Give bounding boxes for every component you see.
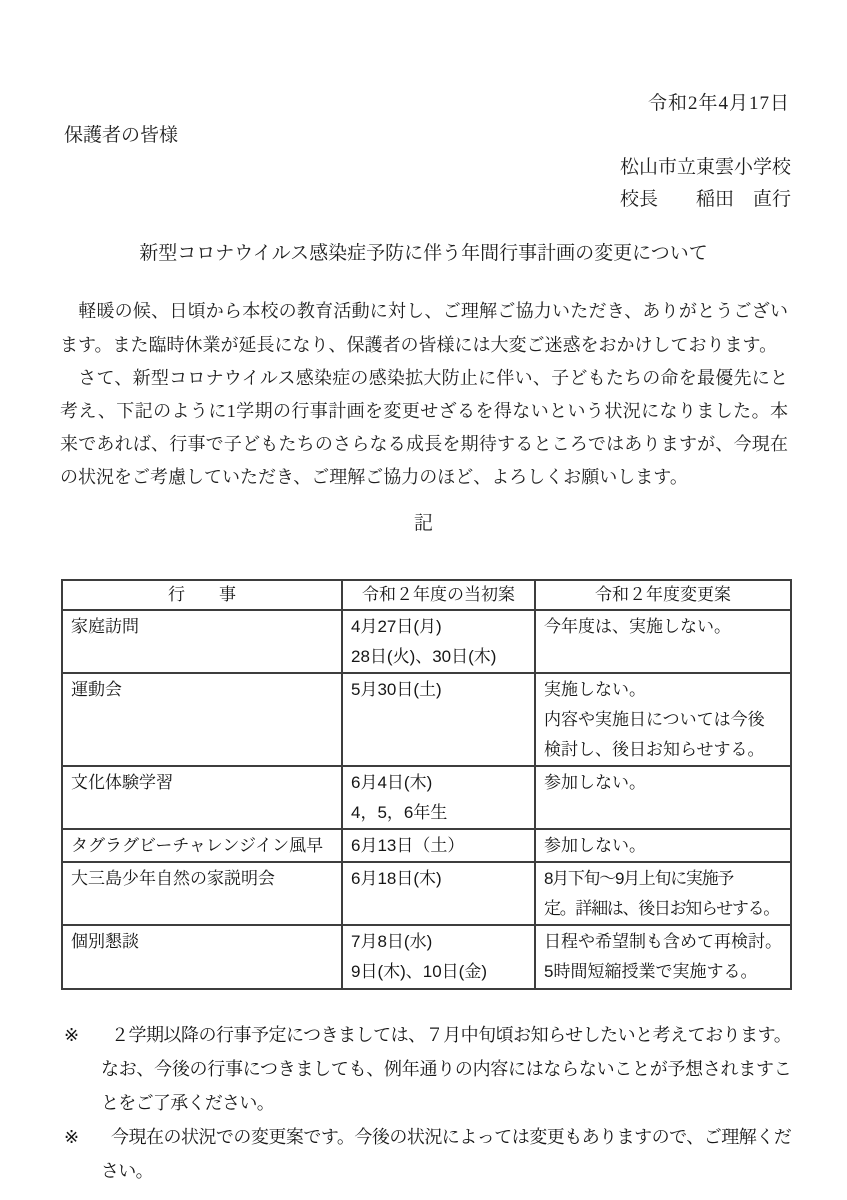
- table-row: 個別懇談 7月8日(水) 9日(木)、10日(金) 日程や希望制も含めて再検討。…: [62, 925, 791, 989]
- original-plan-cell: 6月4日(木) 4，5，6年生: [342, 766, 535, 829]
- original-plan-cell: 7月8日(水) 9日(木)、10日(金): [342, 925, 535, 989]
- event-cell: 大三島少年自然の家説明会: [62, 862, 342, 925]
- revised-plan-cell: 参加しない。: [535, 766, 791, 829]
- document-page: 令和2年4月17日 保護者の皆様 松山市立東雲小学校 校長 稲田 直行 新型コロ…: [0, 0, 847, 1200]
- event-cell: 個別懇談: [62, 925, 342, 989]
- event-cell: 家庭訪問: [62, 610, 342, 673]
- footnote-text: 今現在の状況での変更案です。今後の状況によっては変更もありますので、ご理解くださ…: [101, 1120, 791, 1188]
- principal-name: 校長 稲田 直行: [620, 184, 791, 211]
- original-plan-cell: 5月30日(土): [342, 673, 535, 766]
- letter-date: 令和2年4月17日: [648, 88, 790, 115]
- table-row: 運動会 5月30日(土) 実施しない。 内容や実施日については今後 検討し、後日…: [62, 673, 791, 766]
- table-header-row: 行 事 令和２年度の当初案 令和２年度変更案: [62, 580, 791, 610]
- note-asterisk-marker: ※: [64, 1018, 79, 1052]
- table-row: 文化体験学習 6月4日(木) 4，5，6年生 参加しない。: [62, 766, 791, 829]
- original-plan-cell: 4月27日(月) 28日(火)、30日(木): [342, 610, 535, 673]
- document-title: 新型コロナウイルス感染症予防に伴う年間行事計画の変更について: [0, 238, 847, 265]
- greeting-paragraph: 軽暖の候、日頃から本校の教育活動に対し、ご理解ご協力いただき、ありがとうございま…: [60, 294, 788, 362]
- record-marker: 記: [0, 508, 847, 535]
- footnote-text: ２学期以降の行事予定につきましては、７月中旬頃お知らせしたいと考えております。な…: [101, 1018, 791, 1120]
- event-cell: 運動会: [62, 673, 342, 766]
- revised-plan-cell: 今年度は、実施しない。: [535, 610, 791, 673]
- revised-plan-cell: 日程や希望制も含めて再検討。 5時間短縮授業で実施する。: [535, 925, 791, 989]
- event-cell: 文化体験学習: [62, 766, 342, 829]
- table-row: タグラグビーチャレンジイン風早 6月13日（土） 参加しない。: [62, 829, 791, 862]
- footnote: ※ ２学期以降の行事予定につきましては、７月中旬頃お知らせしたいと考えております…: [64, 1018, 791, 1120]
- original-plan-cell: 6月18日(木): [342, 862, 535, 925]
- event-cell: タグラグビーチャレンジイン風早: [62, 829, 342, 862]
- table-row: 大三島少年自然の家説明会 6月18日(木) 8月下旬～9月上旬に実施予 定。詳細…: [62, 862, 791, 925]
- main-paragraph: さて、新型コロナウイルス感染症の感染拡大防止に伴い、子どもたちの命を最優先にと考…: [60, 362, 788, 494]
- header-original-plan: 令和２年度の当初案: [342, 580, 535, 610]
- footnotes: ※ ２学期以降の行事予定につきましては、７月中旬頃お知らせしたいと考えております…: [64, 1018, 791, 1188]
- schedule-table: 行 事 令和２年度の当初案 令和２年度変更案 家庭訪問 4月27日(月) 28日…: [61, 579, 792, 990]
- footnote: ※ 今現在の状況での変更案です。今後の状況によっては変更もありますので、ご理解く…: [64, 1120, 791, 1188]
- revised-plan-cell: 実施しない。 内容や実施日については今後 検討し、後日お知らせする。: [535, 673, 791, 766]
- revised-plan-cell: 参加しない。: [535, 829, 791, 862]
- original-plan-cell: 6月13日（土）: [342, 829, 535, 862]
- table-row: 家庭訪問 4月27日(月) 28日(火)、30日(木) 今年度は、実施しない。: [62, 610, 791, 673]
- note-asterisk-marker: ※: [64, 1120, 79, 1154]
- school-name: 松山市立東雲小学校: [620, 152, 791, 179]
- header-event: 行 事: [62, 580, 342, 610]
- revised-plan-cell: 8月下旬～9月上旬に実施予 定。詳細は、後日お知らせする。: [535, 862, 791, 925]
- header-revised-plan: 令和２年度変更案: [535, 580, 791, 610]
- recipient-line: 保護者の皆様: [64, 120, 178, 147]
